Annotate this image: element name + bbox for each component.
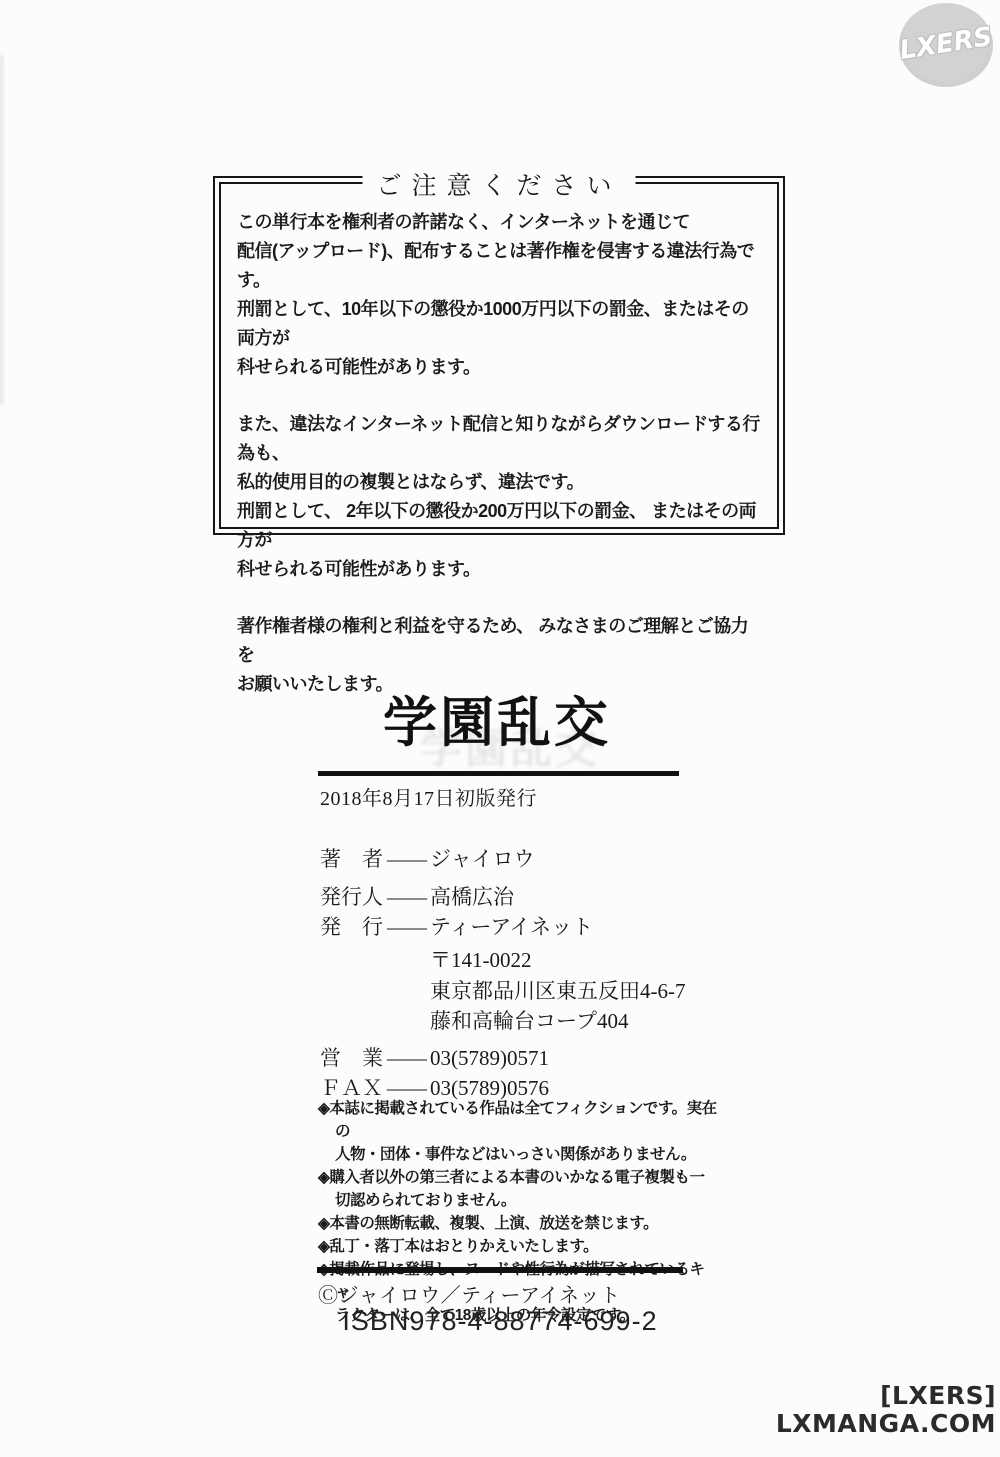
- scan-edge-shadow: [0, 55, 5, 405]
- row-value: ジャイロウ: [430, 843, 535, 873]
- lxers-badge-label: LXERS: [897, 22, 995, 66]
- book-title: 学園乱交: [383, 688, 611, 758]
- colophon-row-author: 著 者――ジャイロウ: [320, 843, 686, 873]
- note-item: ◈購入者以外の第三者による本書のいかなる電子複製も一 切認められておりません。: [318, 1166, 718, 1212]
- row-dash: ――: [382, 915, 430, 940]
- row-label: 発 行: [320, 911, 382, 941]
- scanned-colophon-page: { "page": { "background": "#fcfcfc", "in…: [0, 0, 1000, 1457]
- warning-box-title: ご注意ください: [362, 166, 635, 202]
- bottom-rule: [317, 1267, 683, 1273]
- row-value: 03(5789)0571: [430, 1046, 549, 1071]
- site-watermark-line2: LXMANGA.COM: [776, 1410, 996, 1438]
- row-dash: ――: [382, 847, 430, 872]
- warning-paragraph-3: 著作権者様の権利と利益を守るため、 みなさまのご理解とご協力を お願いいたします…: [237, 612, 763, 699]
- colophon-row-publisher-person: 発行人――高橋広治: [320, 881, 686, 911]
- warning-paragraph-1: この単行本を権利者の許諾なく、インターネットを通じて 配信(アップロード)、配布…: [237, 208, 763, 382]
- warning-box: ご注意ください この単行本を権利者の許諾なく、インターネットを通じて 配信(アッ…: [213, 176, 785, 535]
- note-item: ◈本書の無断転載、複製、上演、放送を禁じます。: [318, 1212, 718, 1235]
- isbn: ISBN978-4-88774-699-2: [317, 1306, 683, 1337]
- row-label: 著 者: [320, 843, 382, 873]
- warning-box-body: この単行本を権利者の許諾なく、インターネットを通じて 配信(アップロード)、配布…: [219, 182, 779, 529]
- colophon-row-publisher: 発 行――ティーアイネット: [320, 911, 686, 941]
- publisher-address: 〒141-0022 東京都品川区東五反田4-6-7 藤和高輪台コープ404: [430, 945, 686, 1037]
- lxers-badge: LXERS: [899, 3, 993, 87]
- colophon-row-sales: 営 業――03(5789)0571: [320, 1042, 686, 1072]
- colophon-block: 著 者――ジャイロウ 発行人――高橋広治 発 行――ティーアイネット 〒141-…: [320, 843, 686, 1102]
- row-label: 営 業: [320, 1042, 382, 1072]
- note-item: ◈本誌に掲載されている作品は全てフィクションです。実在の 人物・団体・事件などは…: [318, 1097, 718, 1166]
- row-label: 発行人: [320, 881, 382, 911]
- row-dash: ――: [382, 1046, 430, 1071]
- warning-paragraph-2: また、違法なインターネット配信と知りながらダウンロードする行為も、 私的使用目的…: [237, 410, 763, 584]
- copyright-line: Ⓒジャイロウ／ティーアイネット: [318, 1279, 621, 1308]
- row-value: ティーアイネット: [430, 911, 593, 941]
- edition-date: 2018年8月17日初版発行: [320, 782, 537, 811]
- title-rule: [318, 771, 679, 776]
- row-dash: ――: [382, 885, 430, 910]
- note-item: ◈乱丁・落丁本はおとりかえいたします。: [318, 1235, 718, 1258]
- site-watermark: [LXERS] LXMANGA.COM: [776, 1382, 996, 1438]
- site-watermark-line1: [LXERS]: [776, 1382, 996, 1410]
- row-value: 高橋広治: [430, 881, 514, 911]
